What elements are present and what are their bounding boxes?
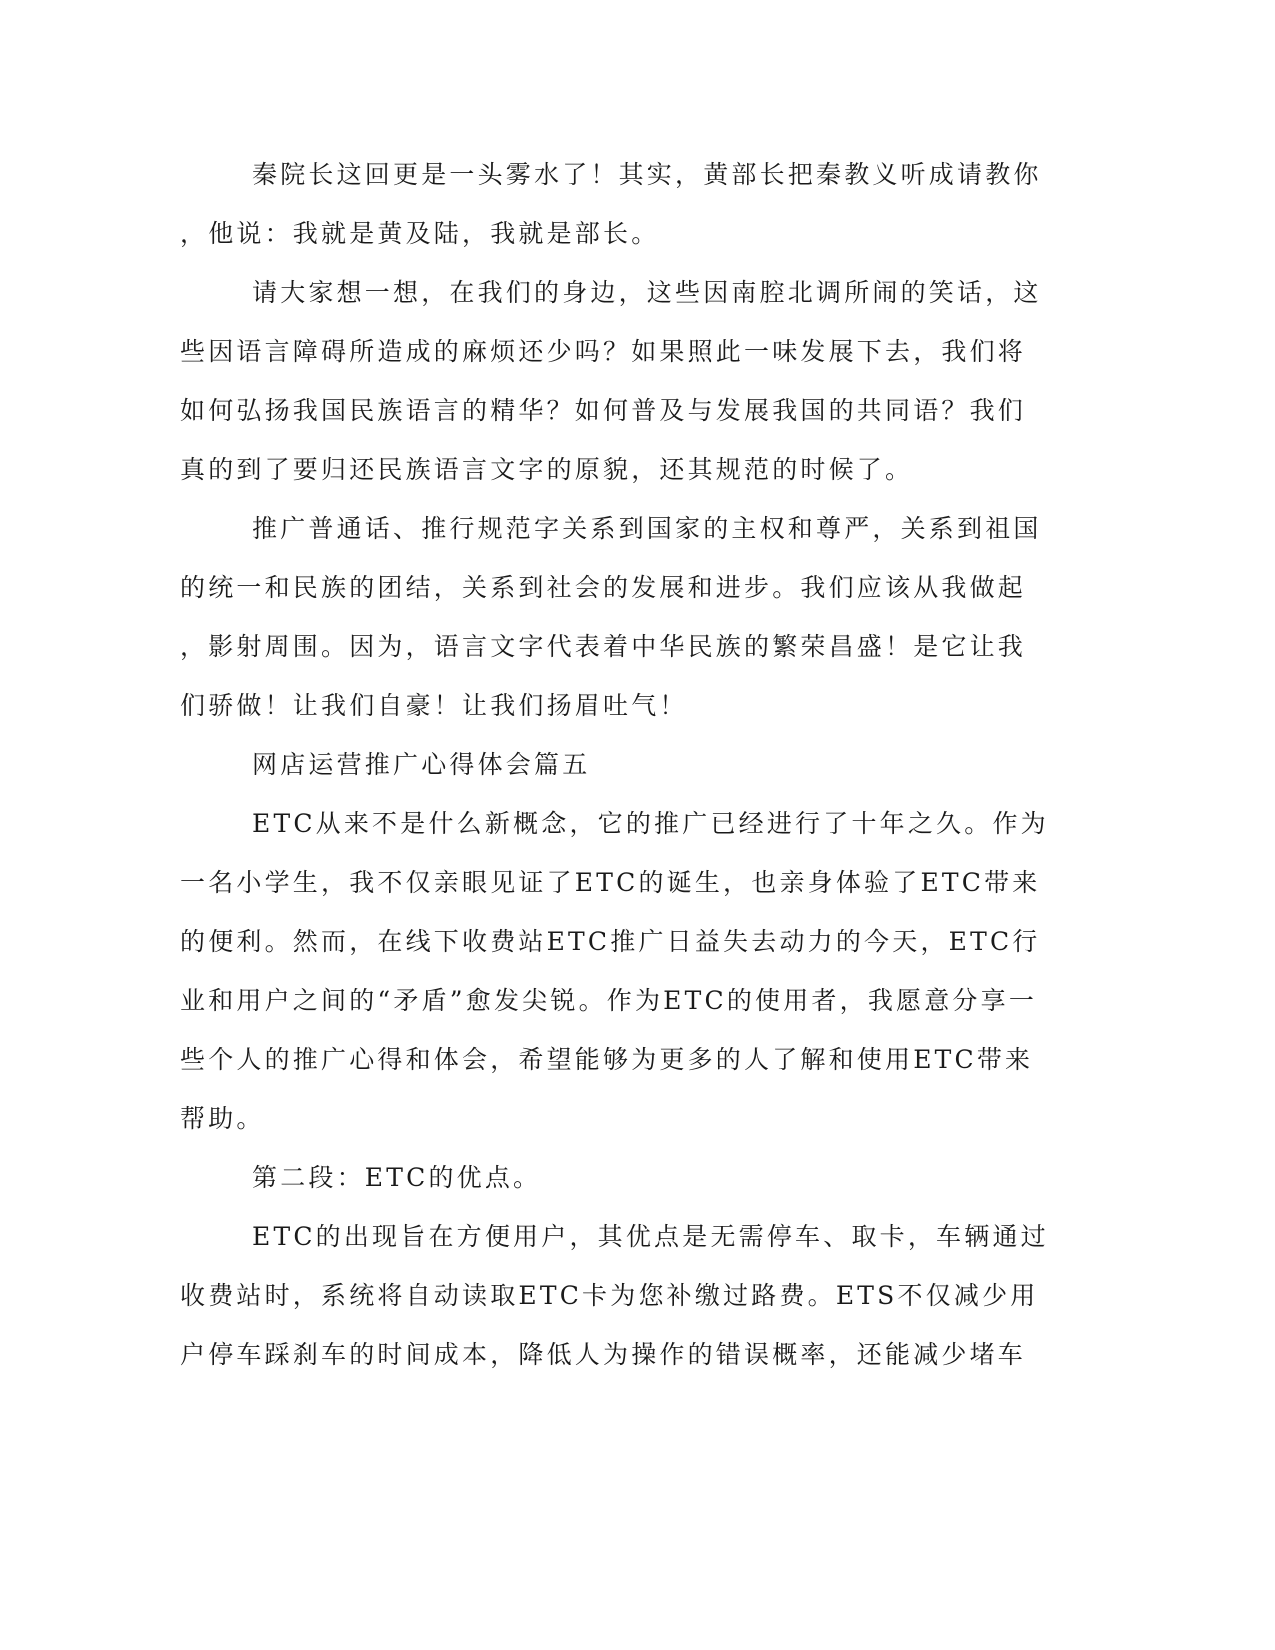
paragraph-line: 请大家想一想，在我们的身边，这些因南腔北调所闹的笑话，这 — [252, 273, 1042, 313]
paragraph-line: 收费站时，系统将自动读取ETC卡为您补缴过路费。ETS不仅减少用 — [180, 1276, 1039, 1316]
paragraph-line: 的统一和民族的团结，关系到社会的发展和进步。我们应该从我做起 — [180, 568, 1026, 608]
paragraph-line: 帮助。 — [180, 1099, 265, 1139]
paragraph-line: 些因语言障碍所造成的麻烦还少吗？如果照此一味发展下去，我们将 — [180, 332, 1026, 372]
paragraph-line: 推广普通话、推行规范字关系到国家的主权和尊严，关系到祖国 — [252, 509, 1042, 549]
paragraph-line: 些个人的推广心得和体会，希望能够为更多的人了解和使用ETC带来 — [180, 1040, 1033, 1080]
paragraph-line: 业和用户之间的“矛盾”愈发尖锐。作为ETC的使用者，我愿意分享一 — [180, 981, 1037, 1021]
paragraph-line: ，他说：我就是黄及陆，我就是部长。 — [180, 214, 659, 254]
paragraph-line: 一名小学生，我不仅亲眼见证了ETC的诞生，也亲身体验了ETC带来 — [180, 863, 1041, 903]
paragraph-line: 的便利。然而，在线下收费站ETC推广日益失去动力的今天，ETC行 — [180, 922, 1041, 962]
paragraph-line: 户停车踩刹车的时间成本，降低人为操作的错误概率，还能减少堵车 — [180, 1335, 1026, 1375]
section-subheading: 第二段：ETC的优点。 — [252, 1158, 541, 1198]
paragraph-line: 们骄做！让我们自豪！让我们扬眉吐气！ — [180, 686, 688, 726]
paragraph-line: ETC的出现旨在方便用户，其优点是无需停车、取卡，车辆通过 — [252, 1217, 1049, 1257]
paragraph-line: ，影射周围。因为，语言文字代表着中华民族的繁荣昌盛！是它让我 — [180, 627, 1026, 667]
paragraph-line: 真的到了要归还民族语言文字的原貌，还其规范的时候了。 — [180, 450, 913, 490]
paragraph-line: 秦院长这回更是一头雾水了！其实，黄部长把秦教义听成请教你 — [252, 155, 1042, 195]
section-heading: 网店运营推广心得体会篇五 — [252, 745, 590, 785]
paragraph-line: 如何弘扬我国民族语言的精华？如何普及与发展我国的共同语？我们 — [180, 391, 1026, 431]
paragraph-line: ETC从来不是什么新概念，它的推广已经进行了十年之久。作为 — [252, 804, 1049, 844]
